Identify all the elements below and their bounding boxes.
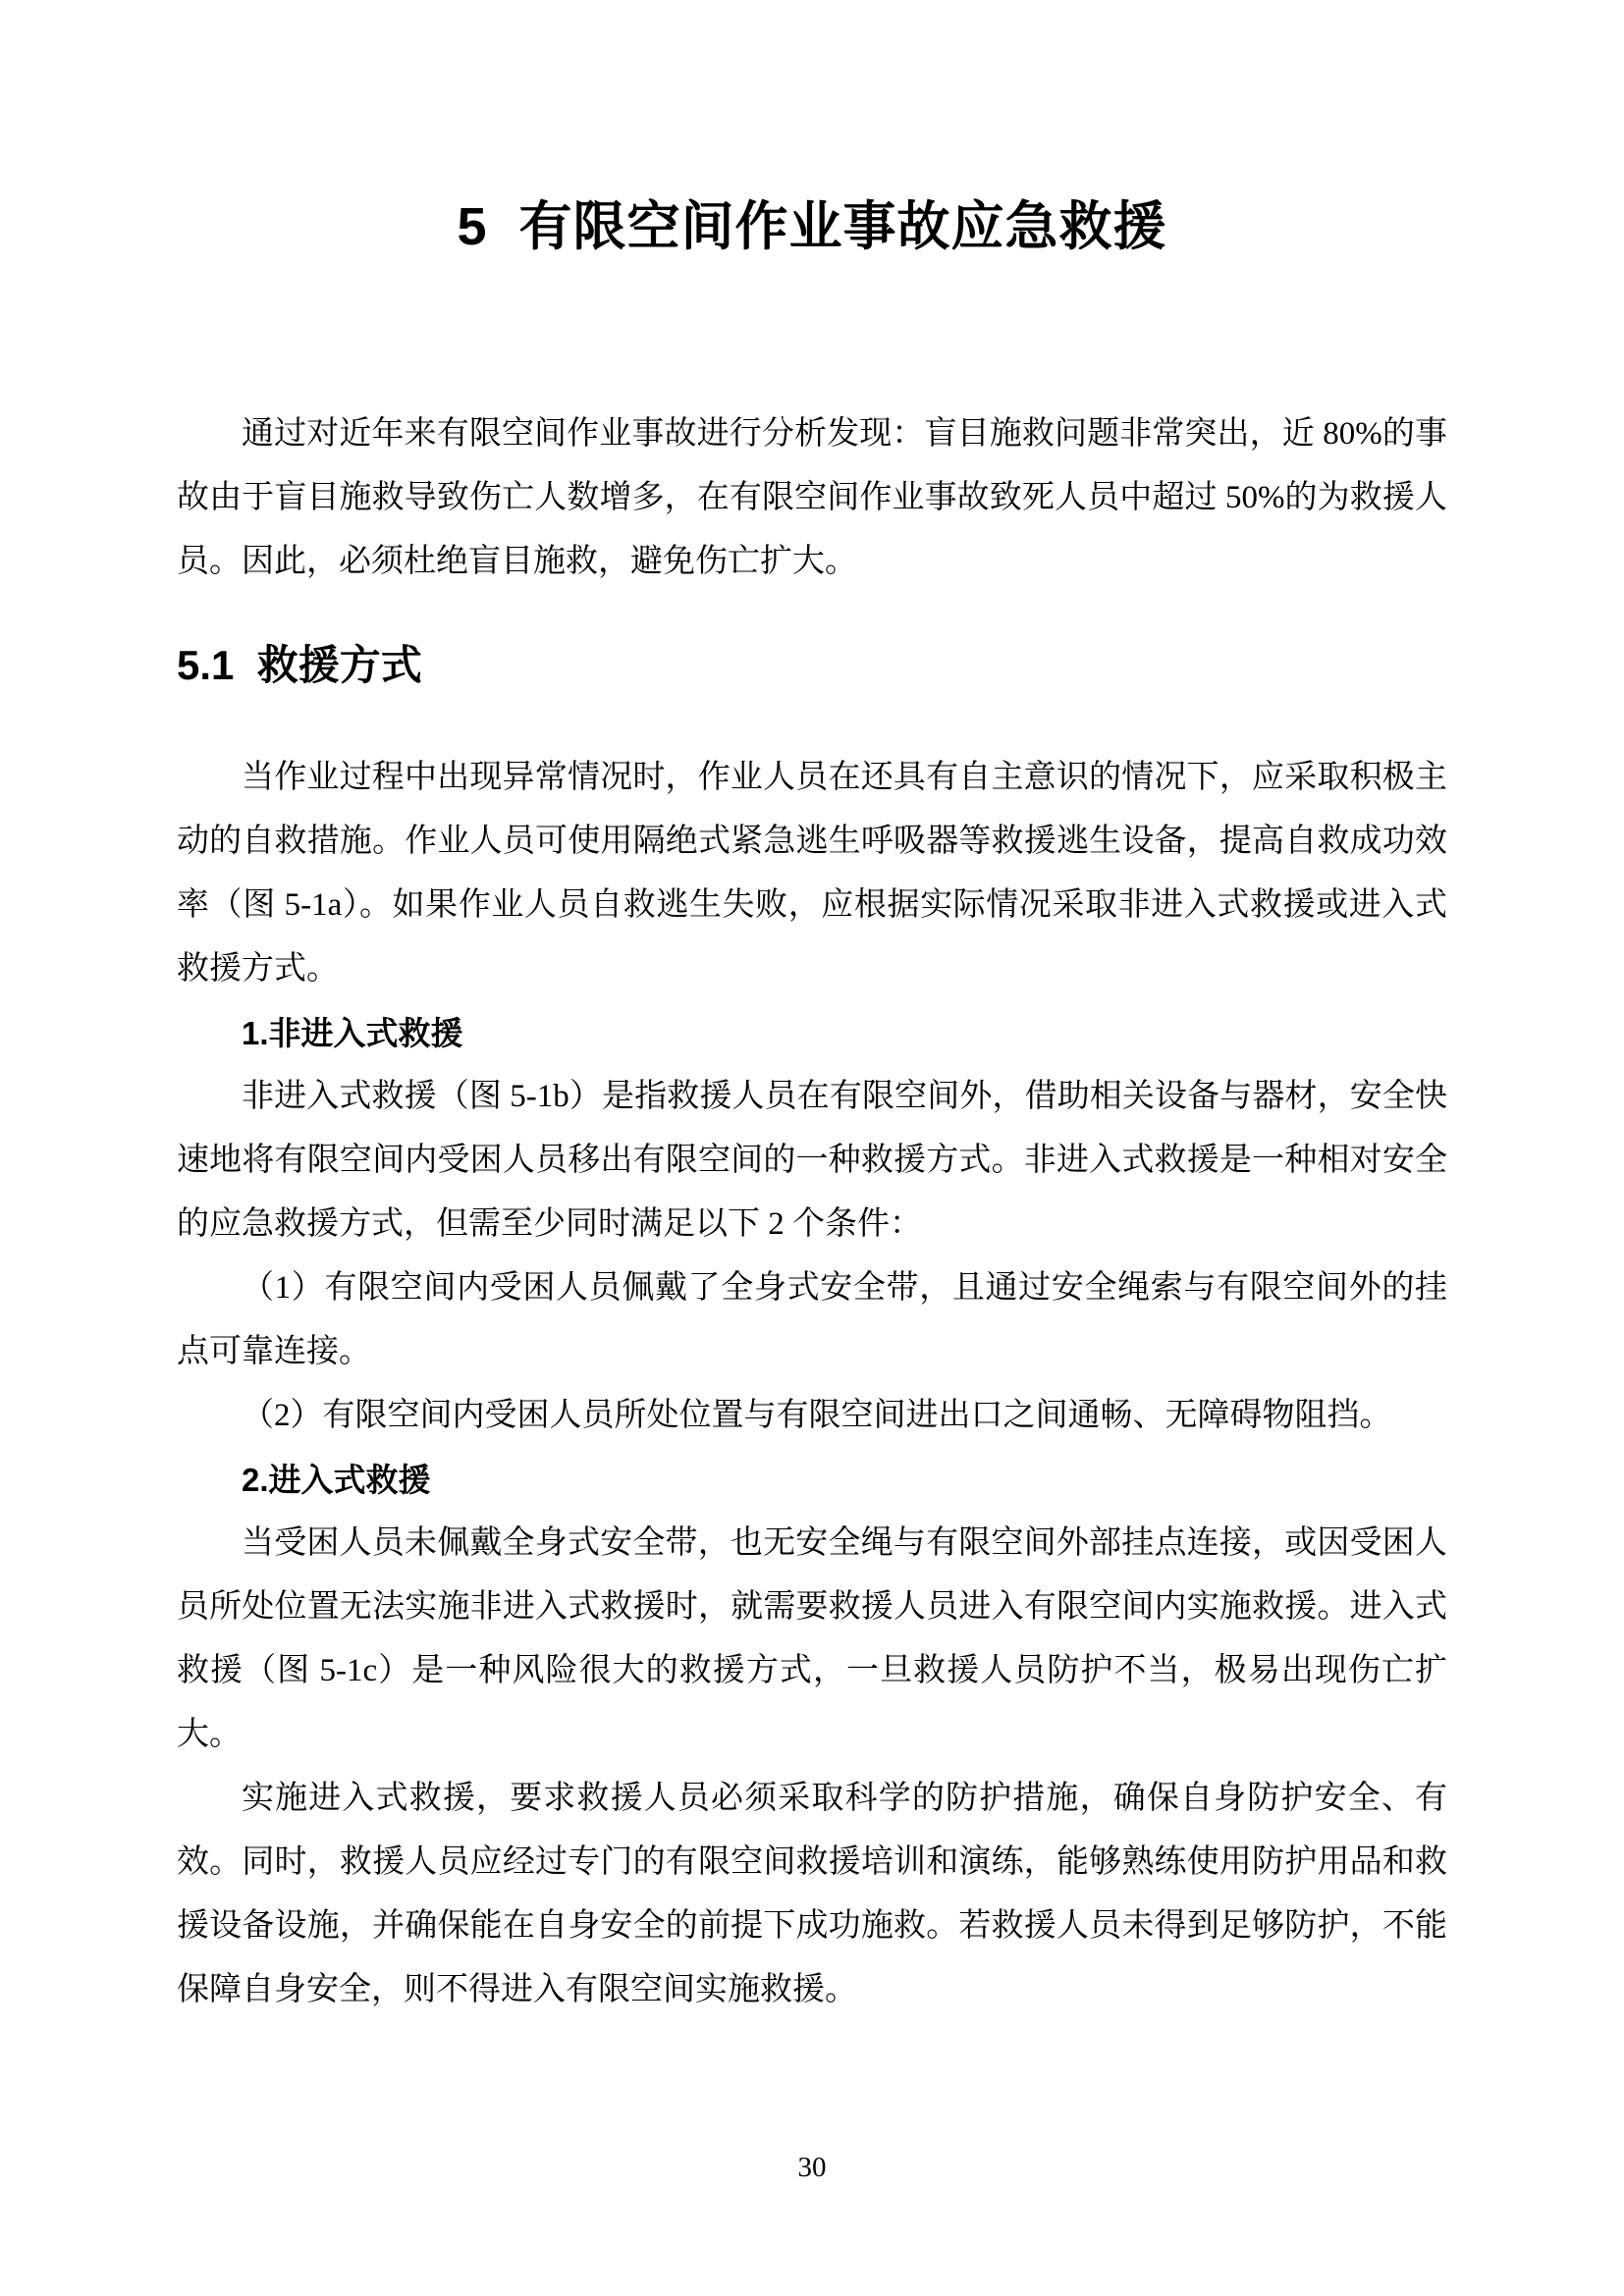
chapter-title: 5 有限空间作业事故应急救援 — [177, 0, 1447, 261]
page-number: 30 — [0, 2152, 1624, 2184]
paragraph-condition-1: （1）有限空间内受困人员佩戴了全身式安全带，且通过安全绳索与有限空间外的挂点可靠… — [177, 1256, 1447, 1384]
paragraph-non-entry-rescue: 非进入式救援（图 5-1b）是指救援人员在有限空间外，借助相关设备与器材，安全快… — [177, 1065, 1447, 1256]
intro-paragraph: 通过对近年来有限空间作业事故进行分析发现：盲目施救问题非常突出，近 80%的事故… — [177, 402, 1447, 594]
subheading-entry-rescue: 2.进入式救援 — [177, 1448, 1447, 1512]
subheading-non-entry-rescue: 1.非进入式救援 — [177, 1001, 1447, 1065]
paragraph-entry-rescue: 当受困人员未佩戴全身式安全带，也无安全绳与有限空间外部挂点连接，或因受困人员所处… — [177, 1512, 1447, 1767]
document-page: 5 有限空间作业事故应急救援 通过对近年来有限空间作业事故进行分析发现：盲目施救… — [0, 0, 1624, 2296]
section-title: 5.1 救援方式 — [177, 638, 1447, 693]
page-content: 5 有限空间作业事故应急救援 通过对近年来有限空间作业事故进行分析发现：盲目施救… — [0, 0, 1624, 2022]
paragraph-condition-2: （2）有限空间内受困人员所处位置与有限空间进出口之间通畅、无障碍物阻挡。 — [177, 1384, 1447, 1448]
paragraph-self-rescue: 当作业过程中出现异常情况时，作业人员在还具有自主意识的情况下，应采取积极主动的自… — [177, 746, 1447, 1001]
paragraph-entry-protection: 实施进入式救援，要求救援人员必须采取科学的防护措施，确保自身防护安全、有效。同时… — [177, 1767, 1447, 2022]
